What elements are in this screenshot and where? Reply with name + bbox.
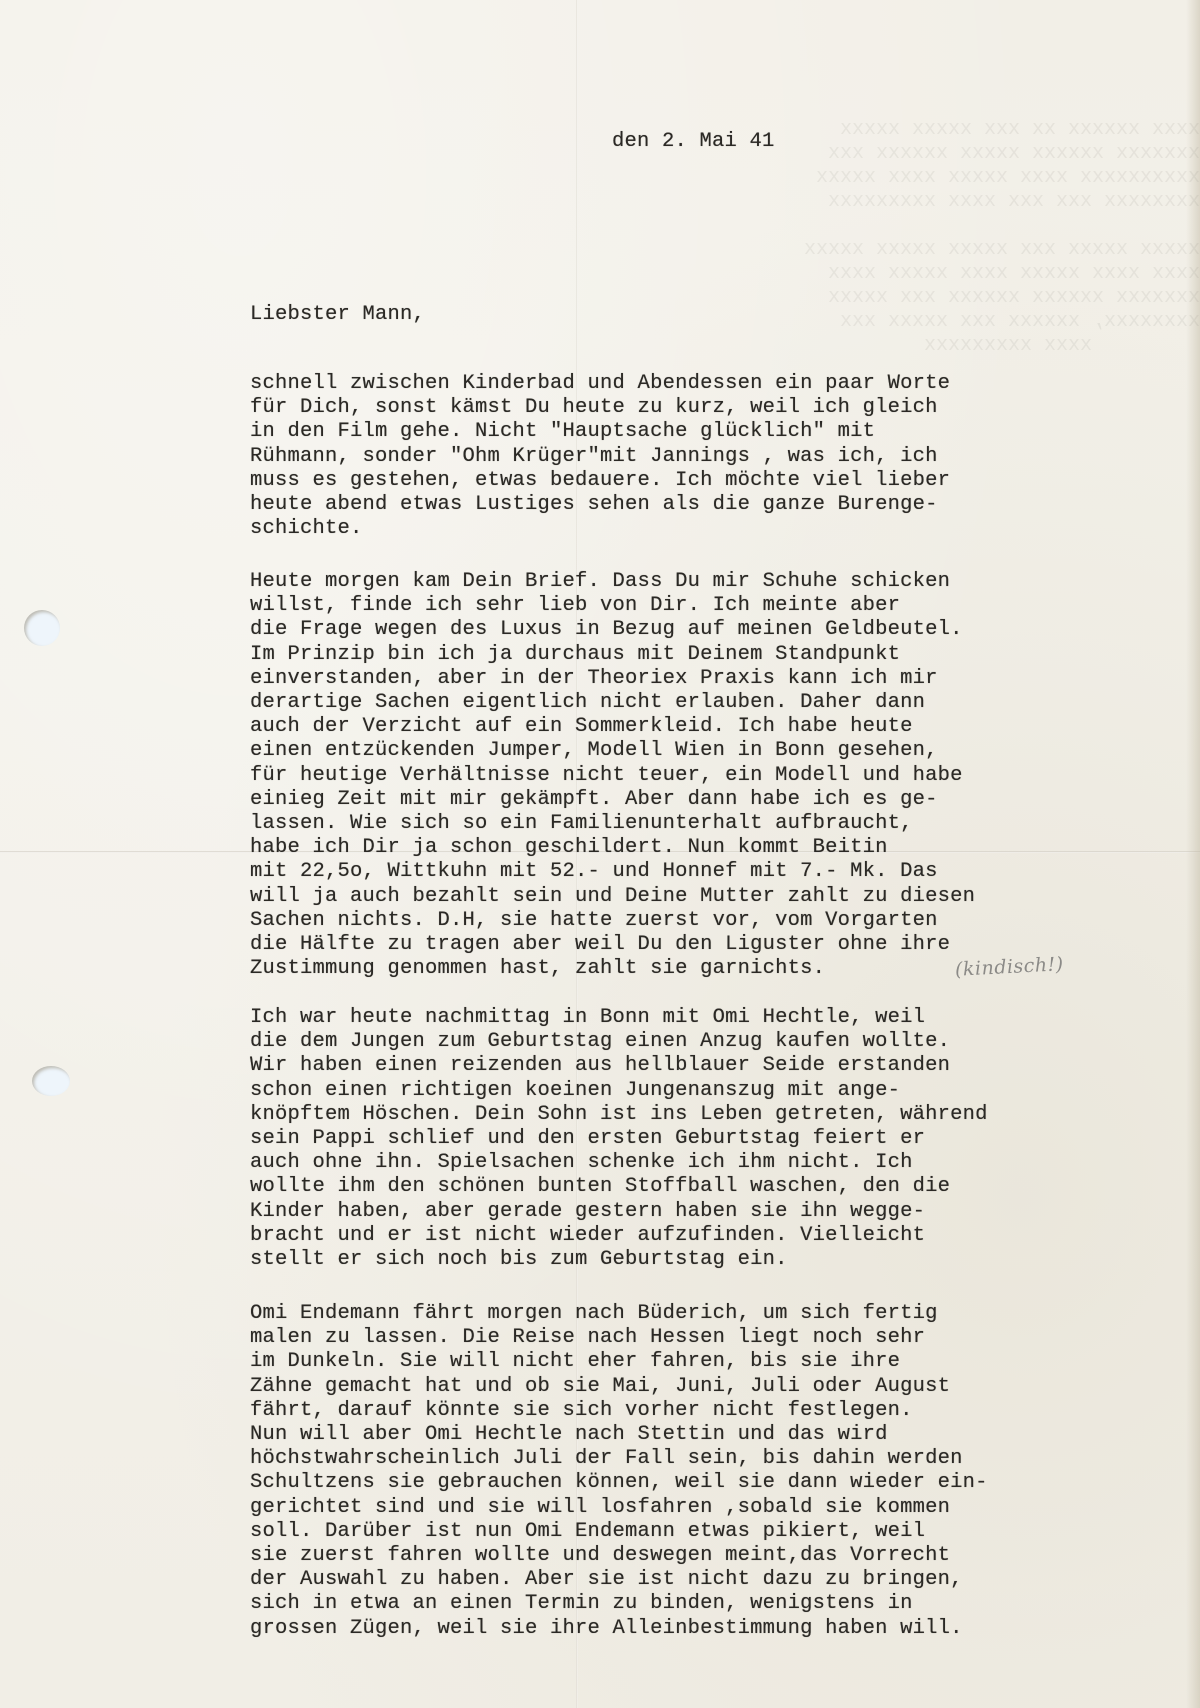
typed-line: Sachen nichts. D.H, sie hatte zuerst vor… bbox=[250, 909, 975, 933]
typed-line: Rühmann, sonder "Ohm Krüger"mit Jannings… bbox=[250, 445, 950, 469]
typed-line: knöpftem Höschen. Dein Sohn ist ins Lebe… bbox=[250, 1103, 988, 1127]
typed-line: wollte ihm den schönen bunten Stoffball … bbox=[250, 1175, 988, 1199]
typed-line: sein Pappi schlief und den ersten Geburt… bbox=[250, 1127, 988, 1151]
typed-line: Omi Endemann fährt morgen nach Büderich,… bbox=[250, 1302, 988, 1326]
paragraph-1: schnell zwischen Kinderbad und Abendesse… bbox=[250, 372, 950, 541]
typed-line: bracht und er ist nicht wieder aufzufind… bbox=[250, 1224, 988, 1248]
typed-line: Kinder haben, aber gerade gestern haben … bbox=[250, 1200, 988, 1224]
typed-line: gerichtet sind und sie will losfahren ,s… bbox=[250, 1496, 988, 1520]
typed-line: derartige Sachen eigentlich nicht erlaub… bbox=[250, 691, 975, 715]
typed-line: schnell zwischen Kinderbad und Abendesse… bbox=[250, 372, 950, 396]
typed-line: Ich war heute nachmittag in Bonn mit Omi… bbox=[250, 1006, 988, 1030]
typed-line: heute abend etwas Lustiges sehen als die… bbox=[250, 493, 950, 517]
typed-line: die Frage wegen des Luxus in Bezug auf m… bbox=[250, 618, 975, 642]
paragraph-4: Omi Endemann fährt morgen nach Büderich,… bbox=[250, 1302, 988, 1641]
typed-line: auch der Verzicht auf ein Sommerkleid. I… bbox=[250, 715, 975, 739]
typed-line: will ja auch bezahlt sein und Deine Mutt… bbox=[250, 885, 975, 909]
typed-line: Im Prinzip bin ich ja durchaus mit Deine… bbox=[250, 643, 975, 667]
typed-line: einen entzückenden Jumper, Modell Wien i… bbox=[250, 739, 975, 763]
paragraph-2: Heute morgen kam Dein Brief. Dass Du mir… bbox=[250, 570, 975, 981]
typed-line: die Hälfte zu tragen aber weil Du den Li… bbox=[250, 933, 975, 957]
typed-line: schon einen richtigen koeinen Jungenansz… bbox=[250, 1079, 988, 1103]
typed-line: habe ich Dir ja schon geschildert. Nun k… bbox=[250, 836, 975, 860]
typed-line: einieg Zeit mit mir gekämpft. Aber dann … bbox=[250, 788, 975, 812]
typed-line: für heutige Verhältnisse nicht teuer, ei… bbox=[250, 764, 975, 788]
typed-line: willst, finde ich sehr lieb von Dir. Ich… bbox=[250, 594, 975, 618]
handwritten-annotation: (kindisch!) bbox=[954, 953, 1064, 981]
date-line: den 2. Mai 41 bbox=[612, 130, 775, 153]
typed-line: Heute morgen kam Dein Brief. Dass Du mir… bbox=[250, 570, 975, 594]
typed-line: Zustimmung genommen hast, zahlt sie garn… bbox=[250, 957, 975, 981]
letter-page: xxxx xxxxxx xx xxx xxxxx xxxxx xxxxxxx x… bbox=[0, 0, 1200, 1708]
typed-line: Wir haben einen reizenden aus hellblauer… bbox=[250, 1054, 988, 1078]
typed-line: auch ohne ihn. Spielsachen schenke ich i… bbox=[250, 1151, 988, 1175]
typed-line: stellt er sich noch bis zum Geburtstag e… bbox=[250, 1248, 988, 1272]
typed-line: für Dich, sonst kämst Du heute zu kurz, … bbox=[250, 396, 950, 420]
typed-line: Zähne gemacht hat und ob sie Mai, Juni, … bbox=[250, 1375, 988, 1399]
typed-line: malen zu lassen. Die Reise nach Hessen l… bbox=[250, 1326, 988, 1350]
typed-line: soll. Darüber ist nun Omi Endemann etwas… bbox=[250, 1520, 988, 1544]
typed-line: die dem Jungen zum Geburtstag einen Anzu… bbox=[250, 1030, 988, 1054]
salutation: Liebster Mann, bbox=[250, 303, 425, 326]
typed-line: höchstwahrscheinlich Juli der Fall sein,… bbox=[250, 1447, 988, 1471]
typed-line: Nun will aber Omi Hechtle nach Stettin u… bbox=[250, 1423, 988, 1447]
typed-line: schichte. bbox=[250, 517, 950, 541]
typed-line: Schultzens sie gebrauchen können, weil s… bbox=[250, 1471, 988, 1495]
typed-line: der Auswahl zu haben. Aber sie ist nicht… bbox=[250, 1568, 988, 1592]
punch-hole-icon bbox=[24, 610, 60, 646]
typed-line: muss es gestehen, etwas bedauere. Ich mö… bbox=[250, 469, 950, 493]
typed-line: in den Film gehe. Nicht "Hauptsache glüc… bbox=[250, 420, 950, 444]
typed-line: sie zuerst fahren wollte und deswegen me… bbox=[250, 1544, 988, 1568]
typed-line: fährt, darauf könnte sie sich vorher nic… bbox=[250, 1399, 988, 1423]
paper-edge-shadow bbox=[1186, 0, 1200, 1708]
typed-line: sich in etwa an einen Termin zu binden, … bbox=[250, 1592, 988, 1616]
typed-line: lassen. Wie sich so ein Familienunterhal… bbox=[250, 812, 975, 836]
typed-line: grossen Zügen, weil sie ihre Alleinbesti… bbox=[250, 1617, 988, 1641]
typed-line: mit 22,5o, Wittkuhn mit 52.- und Honnef … bbox=[250, 860, 975, 884]
typed-line: einverstanden, aber in der Theoriex Prax… bbox=[250, 667, 975, 691]
punch-hole-icon bbox=[32, 1066, 70, 1096]
typed-line: im Dunkeln. Sie will nicht eher fahren, … bbox=[250, 1350, 988, 1374]
bleed-through-text: xxxx xxxxxx xx xxx xxxxx xxxxx xxxxxxx x… bbox=[820, 118, 1200, 358]
paragraph-3: Ich war heute nachmittag in Bonn mit Omi… bbox=[250, 1006, 988, 1272]
